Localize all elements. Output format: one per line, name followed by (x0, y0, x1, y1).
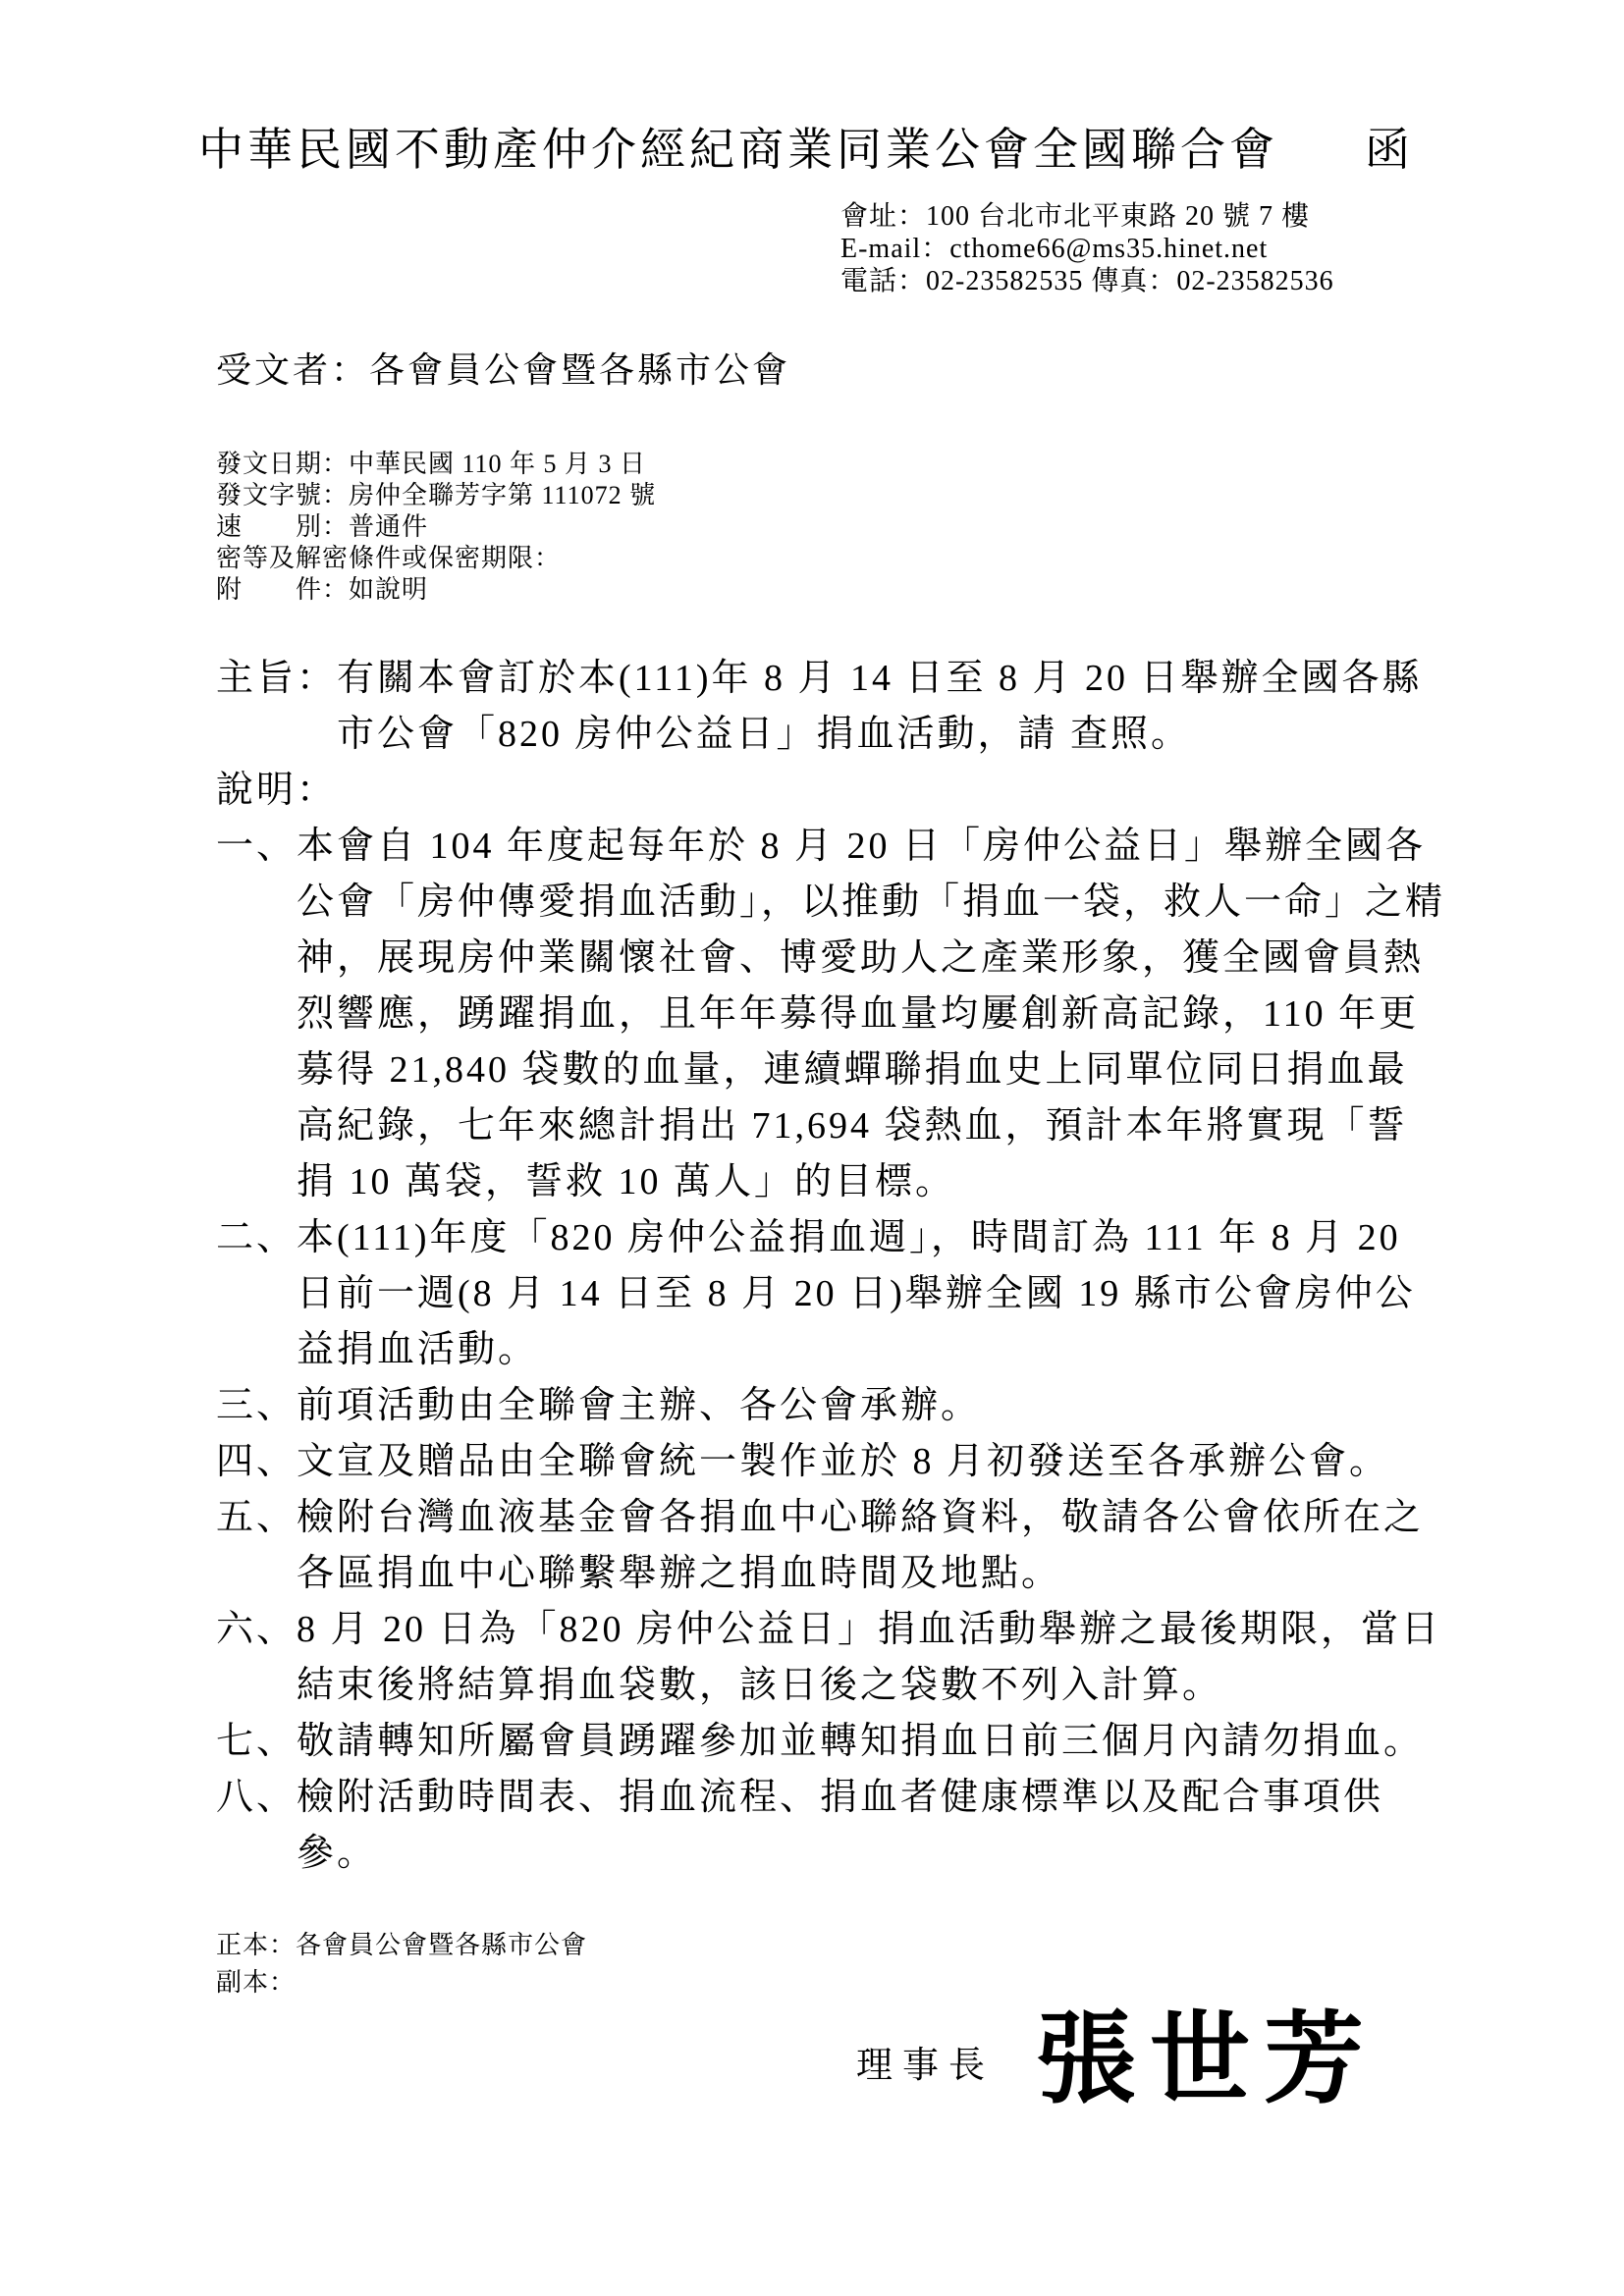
item-text: 文宣及贈品由全聯會統一製作並於 8 月初發送至各承辦公會。 (297, 1441, 1389, 1482)
item-text: 本會自 104 年度起每年於 8 月 20 日「房仲公益日」舉辦全國各公會「房仲… (297, 826, 1445, 1202)
recipient-line: 受文者：各會員公會暨各縣市公會 (216, 350, 1447, 390)
letter-header: 中華民國不動產仲介經紀商業同業公會全國聯合會函 (198, 124, 1447, 177)
list-item-1: 一、本會自 104 年度起每年於 8 月 20 日「房仲公益日」舉辦全國各公會「… (216, 819, 1447, 1210)
contact-phone: 電話：02-23582535 傳真：02-23582536 (840, 265, 1447, 297)
item-text: 檢附台灣血液基金會各捐血中心聯絡資料，敬請各公會依所在之各區捐血中心聯繫舉辦之捐… (297, 1497, 1424, 1594)
meta-block: 發文日期：中華民國 110 年 5 月 3 日 發文字號：房仲全聯芳字第 111… (216, 449, 1447, 606)
signer-name: 張世芳 (1036, 2003, 1378, 2119)
item-number: 八、 (216, 1777, 297, 1818)
list-item-7: 七、敬請轉知所屬會員踴躍參加並轉知捐血日前三個月內請勿捐血。 (216, 1714, 1447, 1770)
item-number: 四、 (216, 1441, 297, 1482)
signer-title: 理事長 (856, 2035, 995, 2088)
item-text: 8 月 20 日為「820 房仲公益日」捐血活動舉辦之最後期限，當日結束後將結算… (297, 1609, 1441, 1706)
item-text: 本(111)年度「820 房仲公益捐血週」，時間訂為 111 年 8 月 20 … (297, 1217, 1416, 1370)
item-text: 檢附活動時間表、捐血流程、捐血者健康標準以及配合事項供參。 (297, 1777, 1383, 1874)
item-text: 前項活動由全聯會主辦、各公會承辦。 (297, 1385, 981, 1426)
item-text: 敬請轉知所屬會員踴躍參加並轉知捐血日前三個月內請勿捐血。 (297, 1721, 1424, 1762)
contact-email: E-mail：cthome66@ms35.hinet.net (840, 233, 1447, 265)
meta-attachment: 附 件：如說明 (216, 574, 1447, 606)
copy-original: 正本：各會員公會暨各縣市公會 (216, 1927, 1447, 1964)
contact-block: 會址：100 台北市北平東路 20 號 7 樓 E-mail：cthome66@… (840, 200, 1447, 297)
item-number: 三、 (216, 1385, 297, 1426)
meta-issue-date: 發文日期：中華民國 110 年 5 月 3 日 (216, 449, 1447, 480)
meta-security-class: 密等及解密條件或保密期限： (216, 543, 1447, 574)
list-item-8: 八、檢附活動時間表、捐血流程、捐血者健康標準以及配合事項供參。 (216, 1770, 1447, 1882)
subject-line: 主旨：有關本會訂於本(111)年 8 月 14 日至 8 月 20 日舉辦全國各… (216, 651, 1447, 763)
item-number: 五、 (216, 1497, 297, 1538)
item-number: 七、 (216, 1721, 297, 1762)
copies-block: 正本：各會員公會暨各縣市公會 副本： (216, 1927, 1447, 2002)
item-number: 六、 (216, 1609, 297, 1650)
contact-address: 會址：100 台北市北平東路 20 號 7 樓 (840, 200, 1447, 233)
subject-label: 主旨： (216, 658, 337, 699)
subject-text: 有關本會訂於本(111)年 8 月 14 日至 8 月 20 日舉辦全國各縣市公… (337, 658, 1423, 755)
org-name: 中華民國不動產仲介經紀商業同業公會全國聯合會 (198, 125, 1278, 175)
item-number: 二、 (216, 1217, 297, 1258)
explanation-label: 說明： (216, 763, 1447, 819)
letter-body: 主旨：有關本會訂於本(111)年 8 月 14 日至 8 月 20 日舉辦全國各… (216, 651, 1447, 1882)
meta-speed-class: 速 別：普通件 (216, 511, 1447, 543)
meta-doc-number: 發文字號：房仲全聯芳字第 111072 號 (216, 480, 1447, 511)
copy-cc: 副本： (216, 1964, 1447, 2002)
letter-page: 中華民國不動產仲介經紀商業同業公會全國聯合會函 會址：100 台北市北平東路 2… (0, 0, 1624, 2296)
list-item-3: 三、前項活動由全聯會主辦、各公會承辦。 (216, 1378, 1447, 1434)
signature-block: 理事長 張世芳 (856, 2003, 1447, 2119)
doc-type-label: 函 (1365, 125, 1414, 175)
list-item-5: 五、檢附台灣血液基金會各捐血中心聯絡資料，敬請各公會依所在之各區捐血中心聯繫舉辦… (216, 1490, 1447, 1602)
list-item-6: 六、8 月 20 日為「820 房仲公益日」捐血活動舉辦之最後期限，當日結束後將… (216, 1602, 1447, 1714)
list-item-2: 二、本(111)年度「820 房仲公益捐血週」，時間訂為 111 年 8 月 2… (216, 1210, 1447, 1378)
list-item-4: 四、文宣及贈品由全聯會統一製作並於 8 月初發送至各承辦公會。 (216, 1434, 1447, 1490)
item-number: 一、 (216, 826, 297, 867)
